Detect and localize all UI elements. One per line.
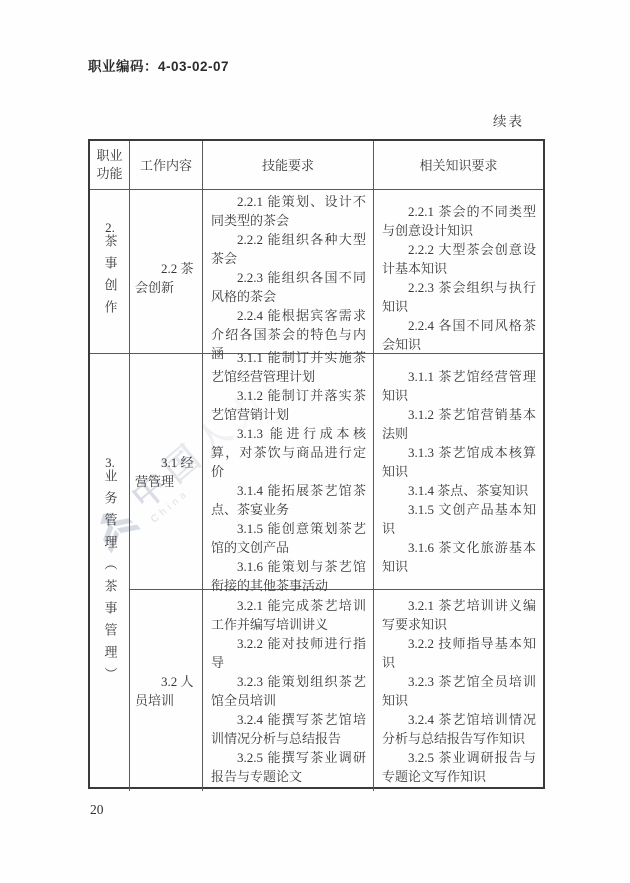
table-row: 3.2 人员培训 3.2.1 能完成茶艺培训工作并编写培训讲义3.2.2 能对技… bbox=[130, 590, 543, 791]
col-header-skill-requirements: 技能要求 bbox=[203, 141, 374, 189]
work-content-label: 2.2 茶会创新 bbox=[135, 259, 197, 297]
requirement-item: 2.2.2 能组织各种大型茶会 bbox=[211, 230, 366, 268]
requirement-item: 3.1.2 茶艺馆营销基本法则 bbox=[382, 405, 536, 443]
work-content-label: 3.2 人员培训 bbox=[135, 672, 197, 710]
skills-cell: 2.2.1 能策划、设计不同类型的茶会2.2.2 能组织各种大型茶会2.2.3 … bbox=[203, 190, 374, 365]
knowledge-cell: 3.2.1 茶艺培训讲义编写要求知识3.2.2 技师指导基本知识3.2.3 茶艺… bbox=[374, 590, 543, 791]
requirement-item: 3.2.4 茶艺馆培训情况分析与总结报告写作知识 bbox=[382, 710, 536, 748]
requirement-item: 3.2.1 能完成茶艺培训工作并编写培训讲义 bbox=[211, 596, 366, 634]
table-row: 2.2 茶会创新 2.2.1 能策划、设计不同类型的茶会2.2.2 能组织各种大… bbox=[130, 190, 543, 365]
requirement-item: 3.2.3 茶艺馆全员培训知识 bbox=[382, 672, 536, 710]
function-name: 业务管理（茶事管理） bbox=[103, 469, 118, 689]
requirement-item: 3.1.2 能制订并落实茶艺馆营销计划 bbox=[211, 386, 366, 424]
work-content-cell: 3.1 经营管理 bbox=[130, 354, 203, 589]
knowledge-cell: 2.2.1 茶会的不同类型与创意设计知识2.2.2 大型茶会创意设计基本知识2.… bbox=[374, 190, 543, 365]
skills-cell: 3.1.1 能制订并实施茶艺馆经营管理计划3.1.2 能制订并落实茶艺馆营销计划… bbox=[203, 354, 374, 589]
requirement-item: 3.2.2 技师指导基本知识 bbox=[382, 634, 536, 672]
occupation-code-label: 职业编码：4-03-02-07 bbox=[88, 55, 229, 75]
requirement-item: 3.1.5 文创产品基本知识 bbox=[382, 500, 536, 538]
requirement-item: 2.2.2 大型茶会创意设计基本知识 bbox=[382, 240, 536, 278]
skills-cell: 3.2.1 能完成茶艺培训工作并编写培训讲义3.2.2 能对技师进行指导3.2.… bbox=[203, 590, 374, 791]
work-content-cell: 2.2 茶会创新 bbox=[130, 190, 203, 365]
function-group-business-management: 3.业务管理（茶事管理） 3.1 经营管理 3.1.1 能制订并实施茶艺馆经营管… bbox=[90, 354, 543, 791]
requirement-item: 2.2.1 茶会的不同类型与创意设计知识 bbox=[382, 202, 536, 240]
requirement-item: 3.1.1 茶艺馆经营管理知识 bbox=[382, 367, 536, 405]
function-name: 茶事创作 bbox=[103, 234, 118, 322]
requirement-item: 3.2.4 能撰写茶艺馆培训情况分析与总结报告 bbox=[211, 710, 366, 748]
requirement-item: 2.2.4 各国不同风格茶会知识 bbox=[382, 316, 536, 354]
requirement-item: 3.1.3 能进行成本核算，对茶饮与商品进行定价 bbox=[211, 424, 366, 481]
work-content-cell: 3.2 人员培训 bbox=[130, 590, 203, 791]
function-number: 3. bbox=[103, 456, 118, 469]
requirement-item: 3.2.3 能策划组织茶艺馆全员培训 bbox=[211, 672, 366, 710]
continued-table-label: 续表 bbox=[493, 110, 524, 130]
requirement-item: 3.2.5 能撰写茶业调研报告与专题论文 bbox=[211, 748, 366, 786]
function-label: 2.茶事创作 bbox=[90, 221, 130, 322]
requirement-item: 3.1.4 能拓展茶艺馆茶点、茶宴业务 bbox=[211, 481, 366, 519]
requirement-item: 3.2.1 茶艺培训讲义编写要求知识 bbox=[382, 596, 536, 634]
table-row: 3.1 经营管理 3.1.1 能制订并实施茶艺馆经营管理计划3.1.2 能制订并… bbox=[130, 354, 543, 590]
function-label: 3.业务管理（茶事管理） bbox=[90, 456, 130, 689]
work-content-label: 3.1 经营管理 bbox=[135, 453, 197, 491]
function-number: 2. bbox=[103, 221, 118, 234]
requirement-item: 3.1.6 茶文化旅游基本知识 bbox=[382, 538, 536, 576]
col-header-occupational-function: 职业功能 bbox=[90, 141, 130, 189]
requirement-item: 3.1.5 能创意策划茶艺馆的文创产品 bbox=[211, 519, 366, 557]
page-number: 20 bbox=[90, 802, 104, 818]
requirement-item: 2.2.3 茶会组织与执行知识 bbox=[382, 278, 536, 316]
function-group-tea-event-creation: 2.茶事创作 2.2 茶会创新 2.2.1 能策划、设计不同类型的茶会2.2.2… bbox=[90, 190, 543, 354]
requirement-item: 3.2.5 茶业调研报告与专题论文写作知识 bbox=[382, 748, 536, 786]
col-header-work-content: 工作内容 bbox=[130, 141, 203, 189]
col-header-knowledge-requirements: 相关知识要求 bbox=[374, 141, 543, 189]
requirement-item: 3.1.1 能制订并实施茶艺馆经营管理计划 bbox=[211, 348, 366, 386]
requirement-item: 3.1.4 茶点、茶宴知识 bbox=[382, 481, 536, 500]
requirement-item: 3.2.2 能对技师进行指导 bbox=[211, 634, 366, 672]
knowledge-cell: 3.1.1 茶艺馆经营管理知识3.1.2 茶艺馆营销基本法则3.1.3 茶艺馆成… bbox=[374, 354, 543, 589]
requirement-item: 2.2.3 能组织各国不同风格的茶会 bbox=[211, 268, 366, 306]
requirements-table: 职业功能 工作内容 技能要求 相关知识要求 2.茶事创作 2.2 茶会创新 2.… bbox=[88, 139, 545, 789]
document-page: 职业编码：4-03-02-07 续表 中国人力资源 China 职业功能 工作内… bbox=[0, 0, 630, 883]
table-header-row: 职业功能 工作内容 技能要求 相关知识要求 bbox=[90, 141, 543, 190]
requirement-item: 2.2.1 能策划、设计不同类型的茶会 bbox=[211, 192, 366, 230]
requirement-item: 3.1.3 茶艺馆成本核算知识 bbox=[382, 443, 536, 481]
function-cell: 2.茶事创作 bbox=[90, 190, 130, 353]
function-cell: 3.业务管理（茶事管理） bbox=[90, 354, 130, 791]
